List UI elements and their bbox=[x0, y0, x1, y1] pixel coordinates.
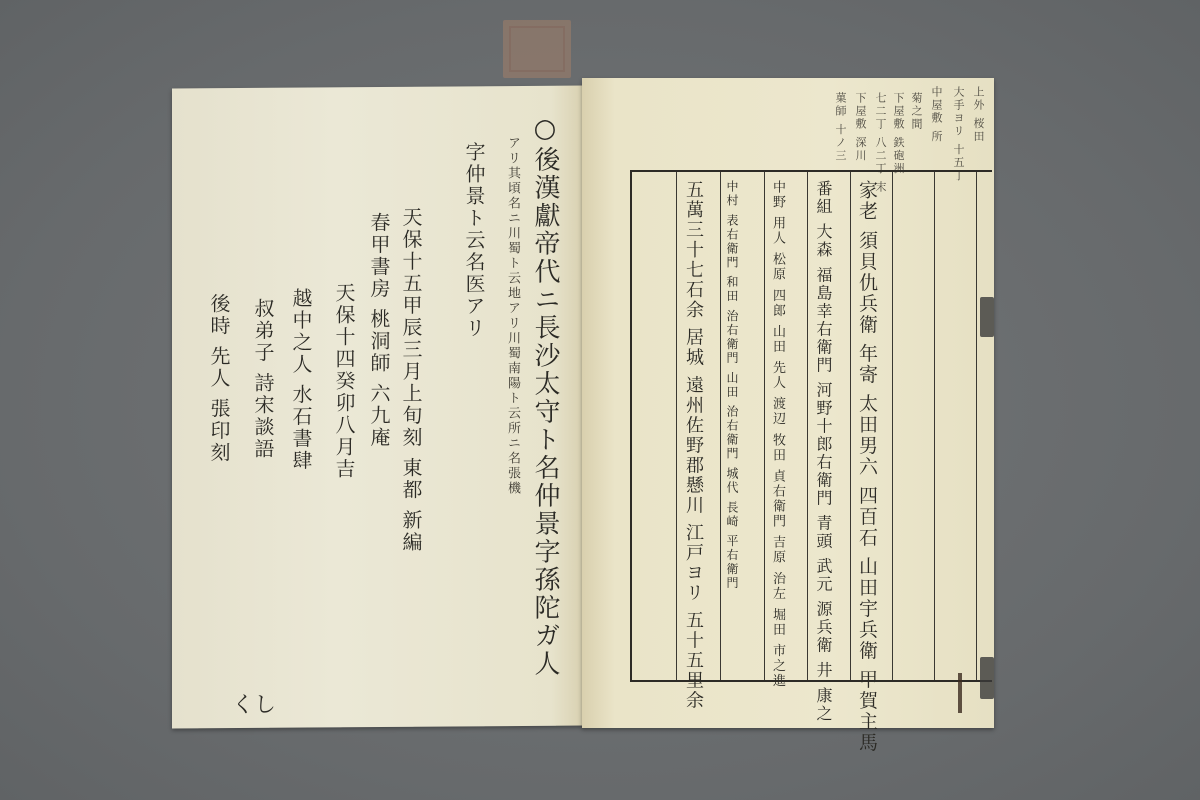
left-column-8: 叔弟子 詩宋談語 bbox=[249, 298, 278, 461]
header-note-8: 菓師 十ノ三 bbox=[832, 92, 848, 163]
table-column-1: 家老 須貝仇兵衛 年寄 太田男六 四百石 山田宇兵衛 甲賀主馬 bbox=[854, 180, 881, 753]
column-divider bbox=[892, 172, 893, 680]
header-note-5: 下屋敷 鉄砲洲 bbox=[890, 92, 906, 176]
header-note-4: 菊之間 bbox=[908, 92, 924, 131]
open-book: ○後漢獻帝代ニ長沙太守ト名仲景字孫陀ガ人 アリ其頃名ニ川蜀ト云地アリ川蜀南陽ト云… bbox=[172, 75, 1002, 735]
column-divider bbox=[764, 172, 765, 680]
tear-mark bbox=[958, 673, 962, 713]
table-column-4: 中村 表右衛門 和田 治右衛門 山田 治右衛門 城代 長崎 平右衛門 bbox=[724, 180, 741, 591]
header-note-7: 下屋敷 深川 bbox=[852, 92, 868, 163]
column-divider bbox=[850, 172, 851, 680]
header-note-1: 上外 桜田 bbox=[970, 86, 986, 144]
column-divider bbox=[720, 172, 721, 680]
table-column-5: 五萬三十七石余 居城 遠州佐野郡懸川 江戸ヨリ 五十五里余 bbox=[680, 180, 706, 711]
table-column-3: 中野 用人 松原 四郎 山田 先人 渡辺 牧田 貞右衛門 吉原 治左 堀田 市之… bbox=[768, 180, 787, 689]
left-column-7: 越中之人 水石書肆 bbox=[287, 287, 316, 472]
left-column-4: 天保十五甲辰三月上旬刻 東都 新編 bbox=[397, 207, 426, 554]
header-note-2: 大手ヨリ 十五丁 bbox=[950, 86, 966, 183]
left-column-1: ○後漢獻帝代ニ長沙太守ト名仲景字孫陀ガ人 bbox=[527, 114, 564, 678]
column-divider bbox=[676, 172, 677, 680]
left-column-3: 字仲景ト云名医アリ bbox=[460, 141, 489, 339]
header-note-3: 中屋敷 所 bbox=[928, 86, 944, 144]
left-page: ○後漢獻帝代ニ長沙太守ト名仲景字孫陀ガ人 アリ其頃名ニ川蜀ト云地アリ川蜀南陽ト云… bbox=[172, 86, 584, 729]
column-divider bbox=[976, 172, 977, 680]
column-divider bbox=[807, 172, 808, 680]
left-page-mark: くし bbox=[232, 688, 276, 719]
edge-stain bbox=[980, 297, 994, 337]
register-table: 家老 須貝仇兵衛 年寄 太田男六 四百石 山田宇兵衛 甲賀主馬 番組 大森 福島… bbox=[630, 170, 992, 682]
table-column-2: 番組 大森 福島幸右衛門 河野十郎右衛門 青頭 武元 源兵衛 井 康之 bbox=[812, 180, 835, 723]
left-column-5: 春甲書房 桃洞師 六九庵 bbox=[365, 212, 394, 449]
left-column-6: 天保十四癸卯八月吉 bbox=[330, 282, 359, 480]
column-divider bbox=[934, 172, 935, 680]
left-column-2: アリ其頃名ニ川蜀ト云地アリ川蜀南陽ト云所ニ名張機 bbox=[503, 136, 522, 496]
edge-stain bbox=[980, 657, 994, 699]
left-column-9: 後時 先人 張印刻 bbox=[205, 293, 234, 464]
seal-stamp bbox=[503, 20, 571, 78]
